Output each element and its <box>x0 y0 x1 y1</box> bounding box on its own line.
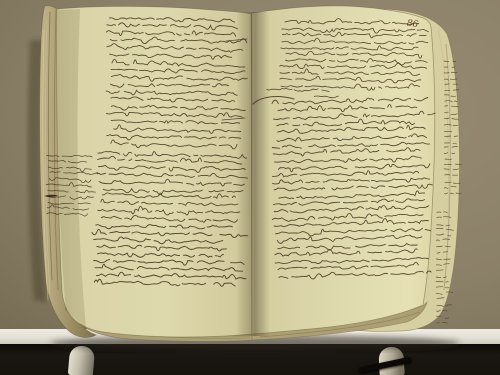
folio-number: 86 <box>406 19 419 31</box>
gutter-shading <box>236 12 270 336</box>
ink-stroke <box>437 322 448 323</box>
open-manuscript-book: 86 <box>0 0 500 375</box>
manuscript-photo-scene: 86 <box>0 0 500 375</box>
